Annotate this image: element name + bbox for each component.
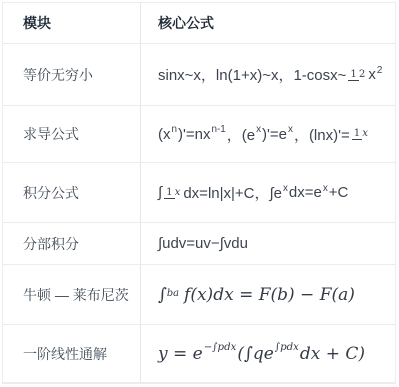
formula-cell: (xn)'=nxn-1，(ex)'=ex，(lnx)'=1x (141, 106, 395, 162)
fraction: 1x (352, 128, 368, 140)
formula-text: +C (329, 184, 349, 201)
superscript: 2 (377, 65, 383, 76)
module-cell: 等价无穷小 (3, 44, 141, 105)
formula-cell: y = e−∫pdx(∫qe∫pdxdx + C) (141, 325, 395, 382)
superscript: n (172, 124, 178, 135)
formula-text: x (368, 66, 376, 83)
formula-text: ，(lnx)'= (294, 124, 350, 145)
formula-text: y = e (158, 344, 203, 364)
table-row: 牛顿 — 莱布尼茨 ∫baf(x)dx = F(b) − F(a) (3, 265, 395, 325)
formula-text: (∫qe (237, 344, 273, 364)
formula-text: (x (158, 126, 171, 143)
formula-text: ∫udv=uv−∫vdu (158, 235, 248, 252)
table-row: 等价无穷小 sinx~x，ln(1+x)~x，1-cosx~12x2 (3, 44, 395, 106)
formula-cell: ∫udv=uv−∫vdu (141, 223, 395, 264)
fraction: 12 (348, 69, 365, 81)
formula-cell: sinx~x，ln(1+x)~x，1-cosx~12x2 (141, 44, 395, 105)
module-cell: 求导公式 (3, 106, 141, 162)
formula-text: )'=e (262, 126, 287, 143)
superscript: x (256, 124, 261, 135)
superscript: n-1 (211, 124, 225, 135)
fraction: 1x (164, 187, 180, 199)
superscript: x (323, 183, 328, 194)
module-cell: 积分公式 (3, 163, 141, 222)
superscript: ∫pdx (275, 342, 299, 353)
table-row: 积分公式 ∫1xdx=ln|x|+C，∫exdx=ex+C (3, 163, 395, 223)
formula-text: ∫ (158, 184, 162, 201)
module-cell: 一阶线性通解 (3, 325, 141, 382)
formula-text: ∫ (158, 285, 167, 305)
formula-text: dx=ln|x|+C，∫e (183, 182, 282, 203)
table-row: 求导公式 (xn)'=nxn-1，(ex)'=ex，(lnx)'=1x (3, 106, 395, 163)
superscript: x (283, 183, 288, 194)
table-row: 一阶线性通解 y = e−∫pdx(∫qe∫pdxdx + C) (3, 325, 395, 383)
formula-cell: ∫1xdx=ln|x|+C，∫exdx=ex+C (141, 163, 395, 222)
formula-text: )'=nx (178, 126, 210, 143)
formula-text: dx + C) (300, 344, 365, 364)
formula-text: sinx~x，ln(1+x)~x，1-cosx~ (158, 64, 346, 85)
superscript: −∫pdx (204, 342, 237, 353)
integral-limits: ba (167, 289, 179, 299)
module-cell: 分部积分 (3, 223, 141, 264)
formula-cell: ∫baf(x)dx = F(b) − F(a) (141, 265, 395, 324)
header-cell-module: 模块 (3, 3, 141, 43)
table-body: 等价无穷小 sinx~x，ln(1+x)~x，1-cosx~12x2 求导公式 … (3, 44, 395, 383)
module-cell: 牛顿 — 莱布尼茨 (3, 265, 141, 324)
superscript: x (288, 124, 293, 135)
formula-table: 模块 核心公式 等价无穷小 sinx~x，ln(1+x)~x，1-cosx~12… (2, 2, 396, 384)
formula-text: ，(e (227, 124, 255, 145)
header-cell-formula: 核心公式 (141, 3, 395, 43)
table-header-row: 模块 核心公式 (3, 3, 395, 44)
table-row: 分部积分 ∫udv=uv−∫vdu (3, 223, 395, 265)
formula-text: dx=e (289, 184, 322, 201)
formula-text: f(x)dx = F(b) − F(a) (184, 285, 355, 305)
